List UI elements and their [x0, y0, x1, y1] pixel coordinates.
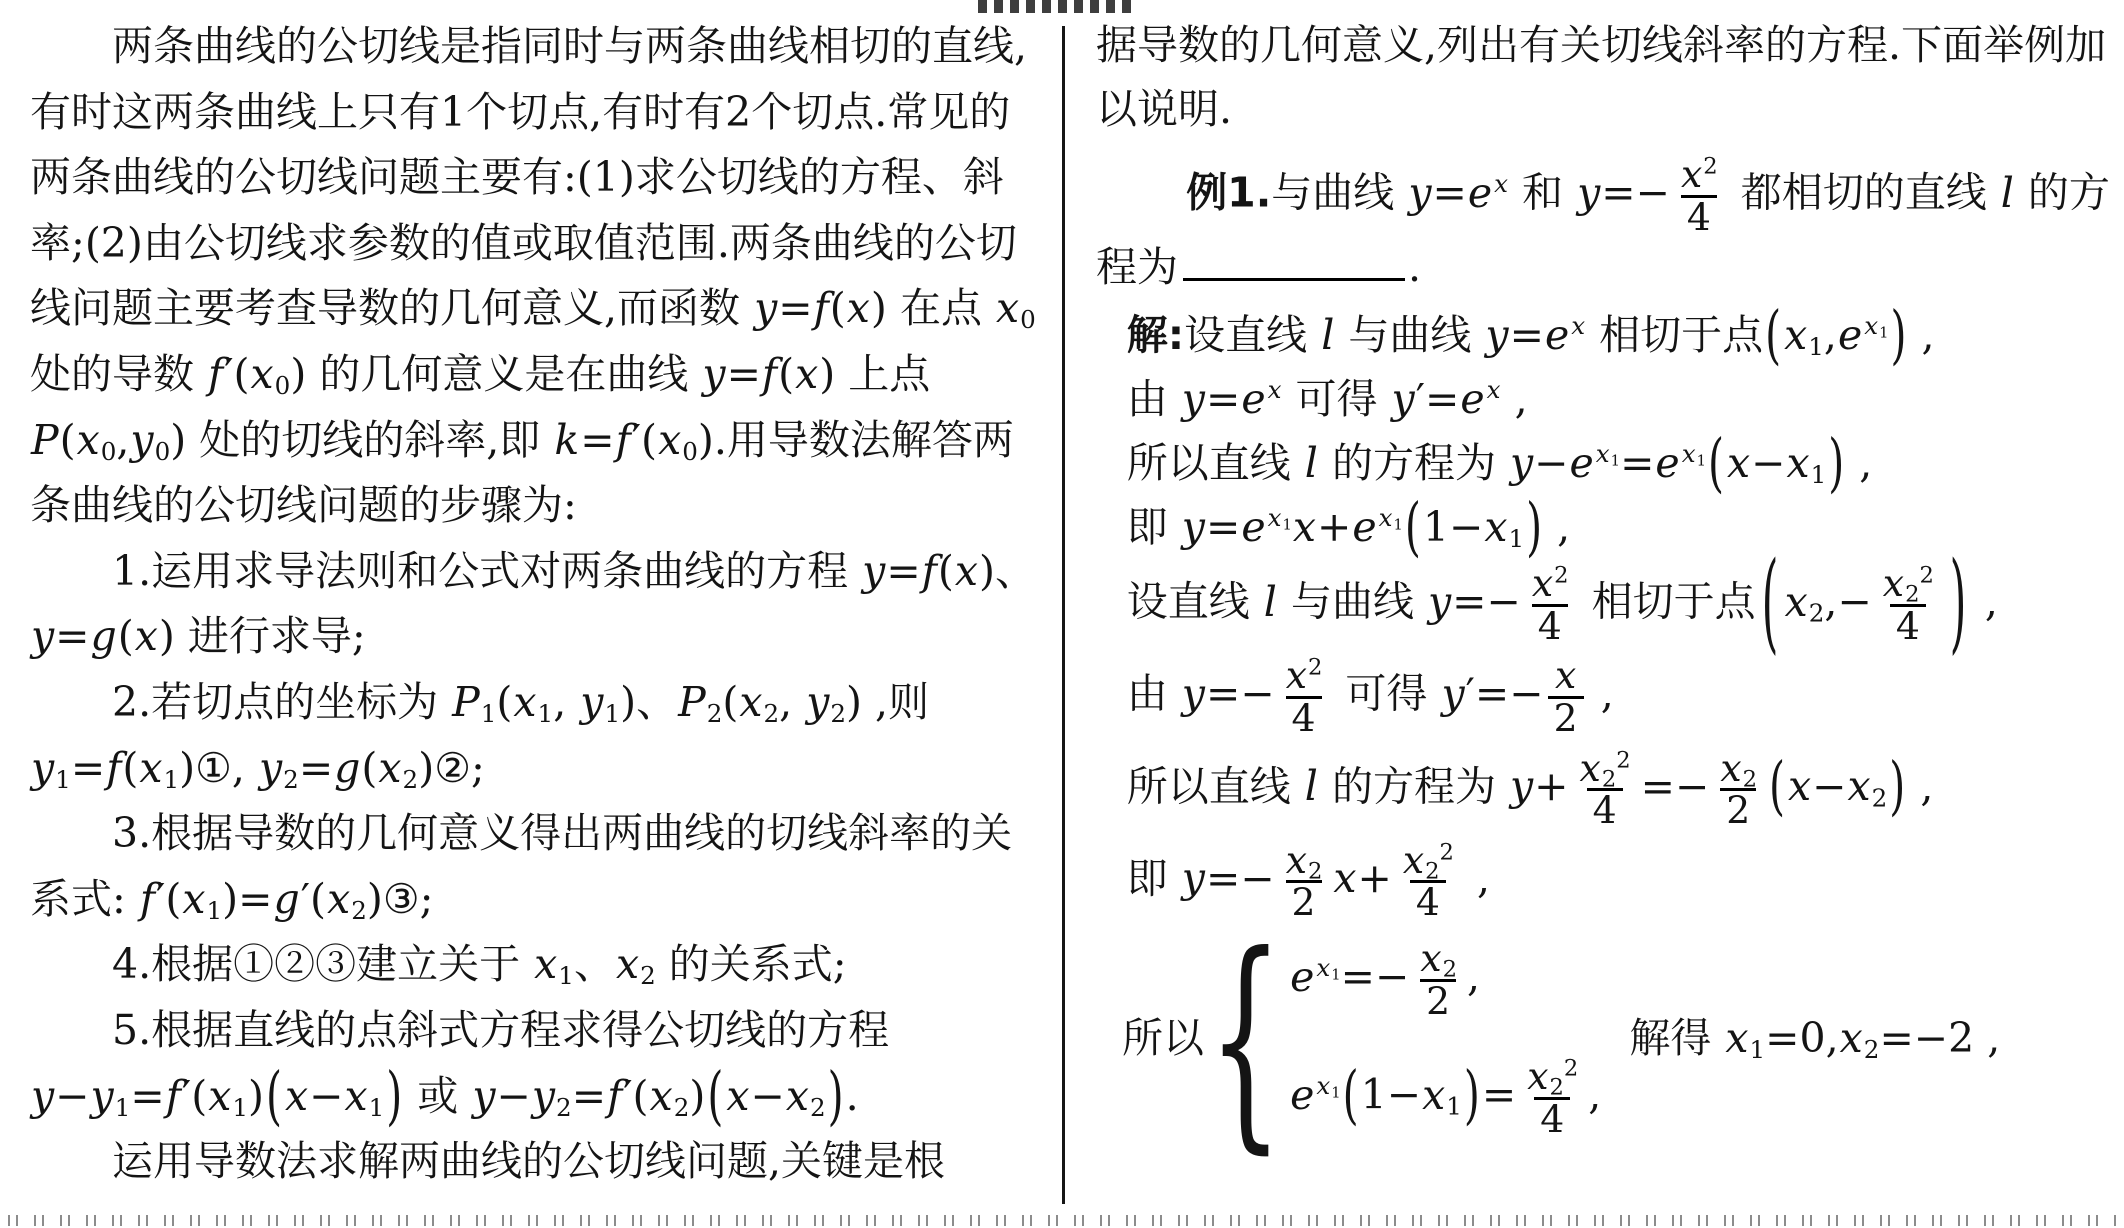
- system-equation: ex1(1−x1)=x224,: [1289, 1057, 1601, 1139]
- column-divider: [1062, 26, 1065, 1204]
- left-column: 两条曲线的公切线是指同时与两条曲线相切的直线,有时这两条曲线上只有1个切点,有时…: [30, 14, 1038, 1195]
- right-column: 据导数的几何意义,列出有关切线斜率的方程.下面举例加以说明. 例1.与曲线 y=…: [1096, 14, 2118, 1139]
- solution-line: 所以直线 l 的方程为 y+x224=−x22(x−x2) ,: [1096, 749, 2118, 831]
- answer-blank: [1183, 237, 1405, 281]
- continuation-paragraph: 据导数的几何意义,列出有关切线斜率的方程.下面举例加以说明.: [1096, 14, 2118, 141]
- system-equation: ex1=−x22,: [1289, 939, 1601, 1021]
- equation-system: 所以 { ex1=−x22, ex1(1−x1)=x224, 解得 x1=0,x…: [1122, 939, 2118, 1139]
- example-1-problem: 例1.与曲线 y=ex 和 y=−x24 都相切的直线 l 的方程为.: [1096, 155, 2118, 298]
- step-4-paragraph: 4.根据①②③建立关于 x1、x2 的关系式;: [30, 932, 1038, 998]
- step-3-paragraph: 3.根据导数的几何意义得出两曲线的切线斜率的关系式: f′(x1)=g′(x2)…: [30, 801, 1038, 932]
- solution: 解:设直线 l 与曲线 y=ex 相切于点(x1,ex1) , 由 y=ex 可…: [1096, 308, 2118, 1140]
- solution-line: 设直线 l 与曲线 y=−x24 相切于点(x2,−x224) ,: [1096, 564, 2118, 646]
- system-prefix: 所以: [1122, 1007, 1204, 1071]
- bottom-perforation-border: [8, 1215, 2116, 1226]
- intro-paragraph: 两条曲线的公切线是指同时与两条曲线相切的直线,有时这两条曲线上只有1个切点,有时…: [30, 14, 1038, 539]
- solution-line: 所以直线 l 的方程为 y−ex1=ex1(x−x1) ,: [1096, 436, 2118, 490]
- cropped-header-marks-icon: [978, 0, 1138, 13]
- closing-paragraph: 运用导数法求解两曲线的公切线问题,关键是根: [30, 1129, 1038, 1195]
- system-equations: ex1=−x22, ex1(1−x1)=x224,: [1289, 939, 1601, 1139]
- system-brace: {: [1208, 936, 1283, 1143]
- solution-line: 解:设直线 l 与曲线 y=ex 相切于点(x1,ex1) ,: [1096, 308, 2118, 362]
- step-5-paragraph: 5.根据直线的点斜式方程求得公切线的方程 y−y1=f′(x1)(x−x1) 或…: [30, 998, 1038, 1129]
- system-result: 解得 x1=0,x2=−2 ,: [1629, 1007, 2000, 1071]
- step-1-paragraph: 1.运用求导法则和公式对两条曲线的方程 y=f(x)、y=g(x) 进行求导;: [30, 539, 1038, 670]
- solution-line: 由 y=ex 可得 y′=ex ,: [1096, 372, 2118, 426]
- step-2-paragraph: 2.若切点的坐标为 P1(x1, y1)、P2(x2, y2) ,则 y1=f(…: [30, 670, 1038, 801]
